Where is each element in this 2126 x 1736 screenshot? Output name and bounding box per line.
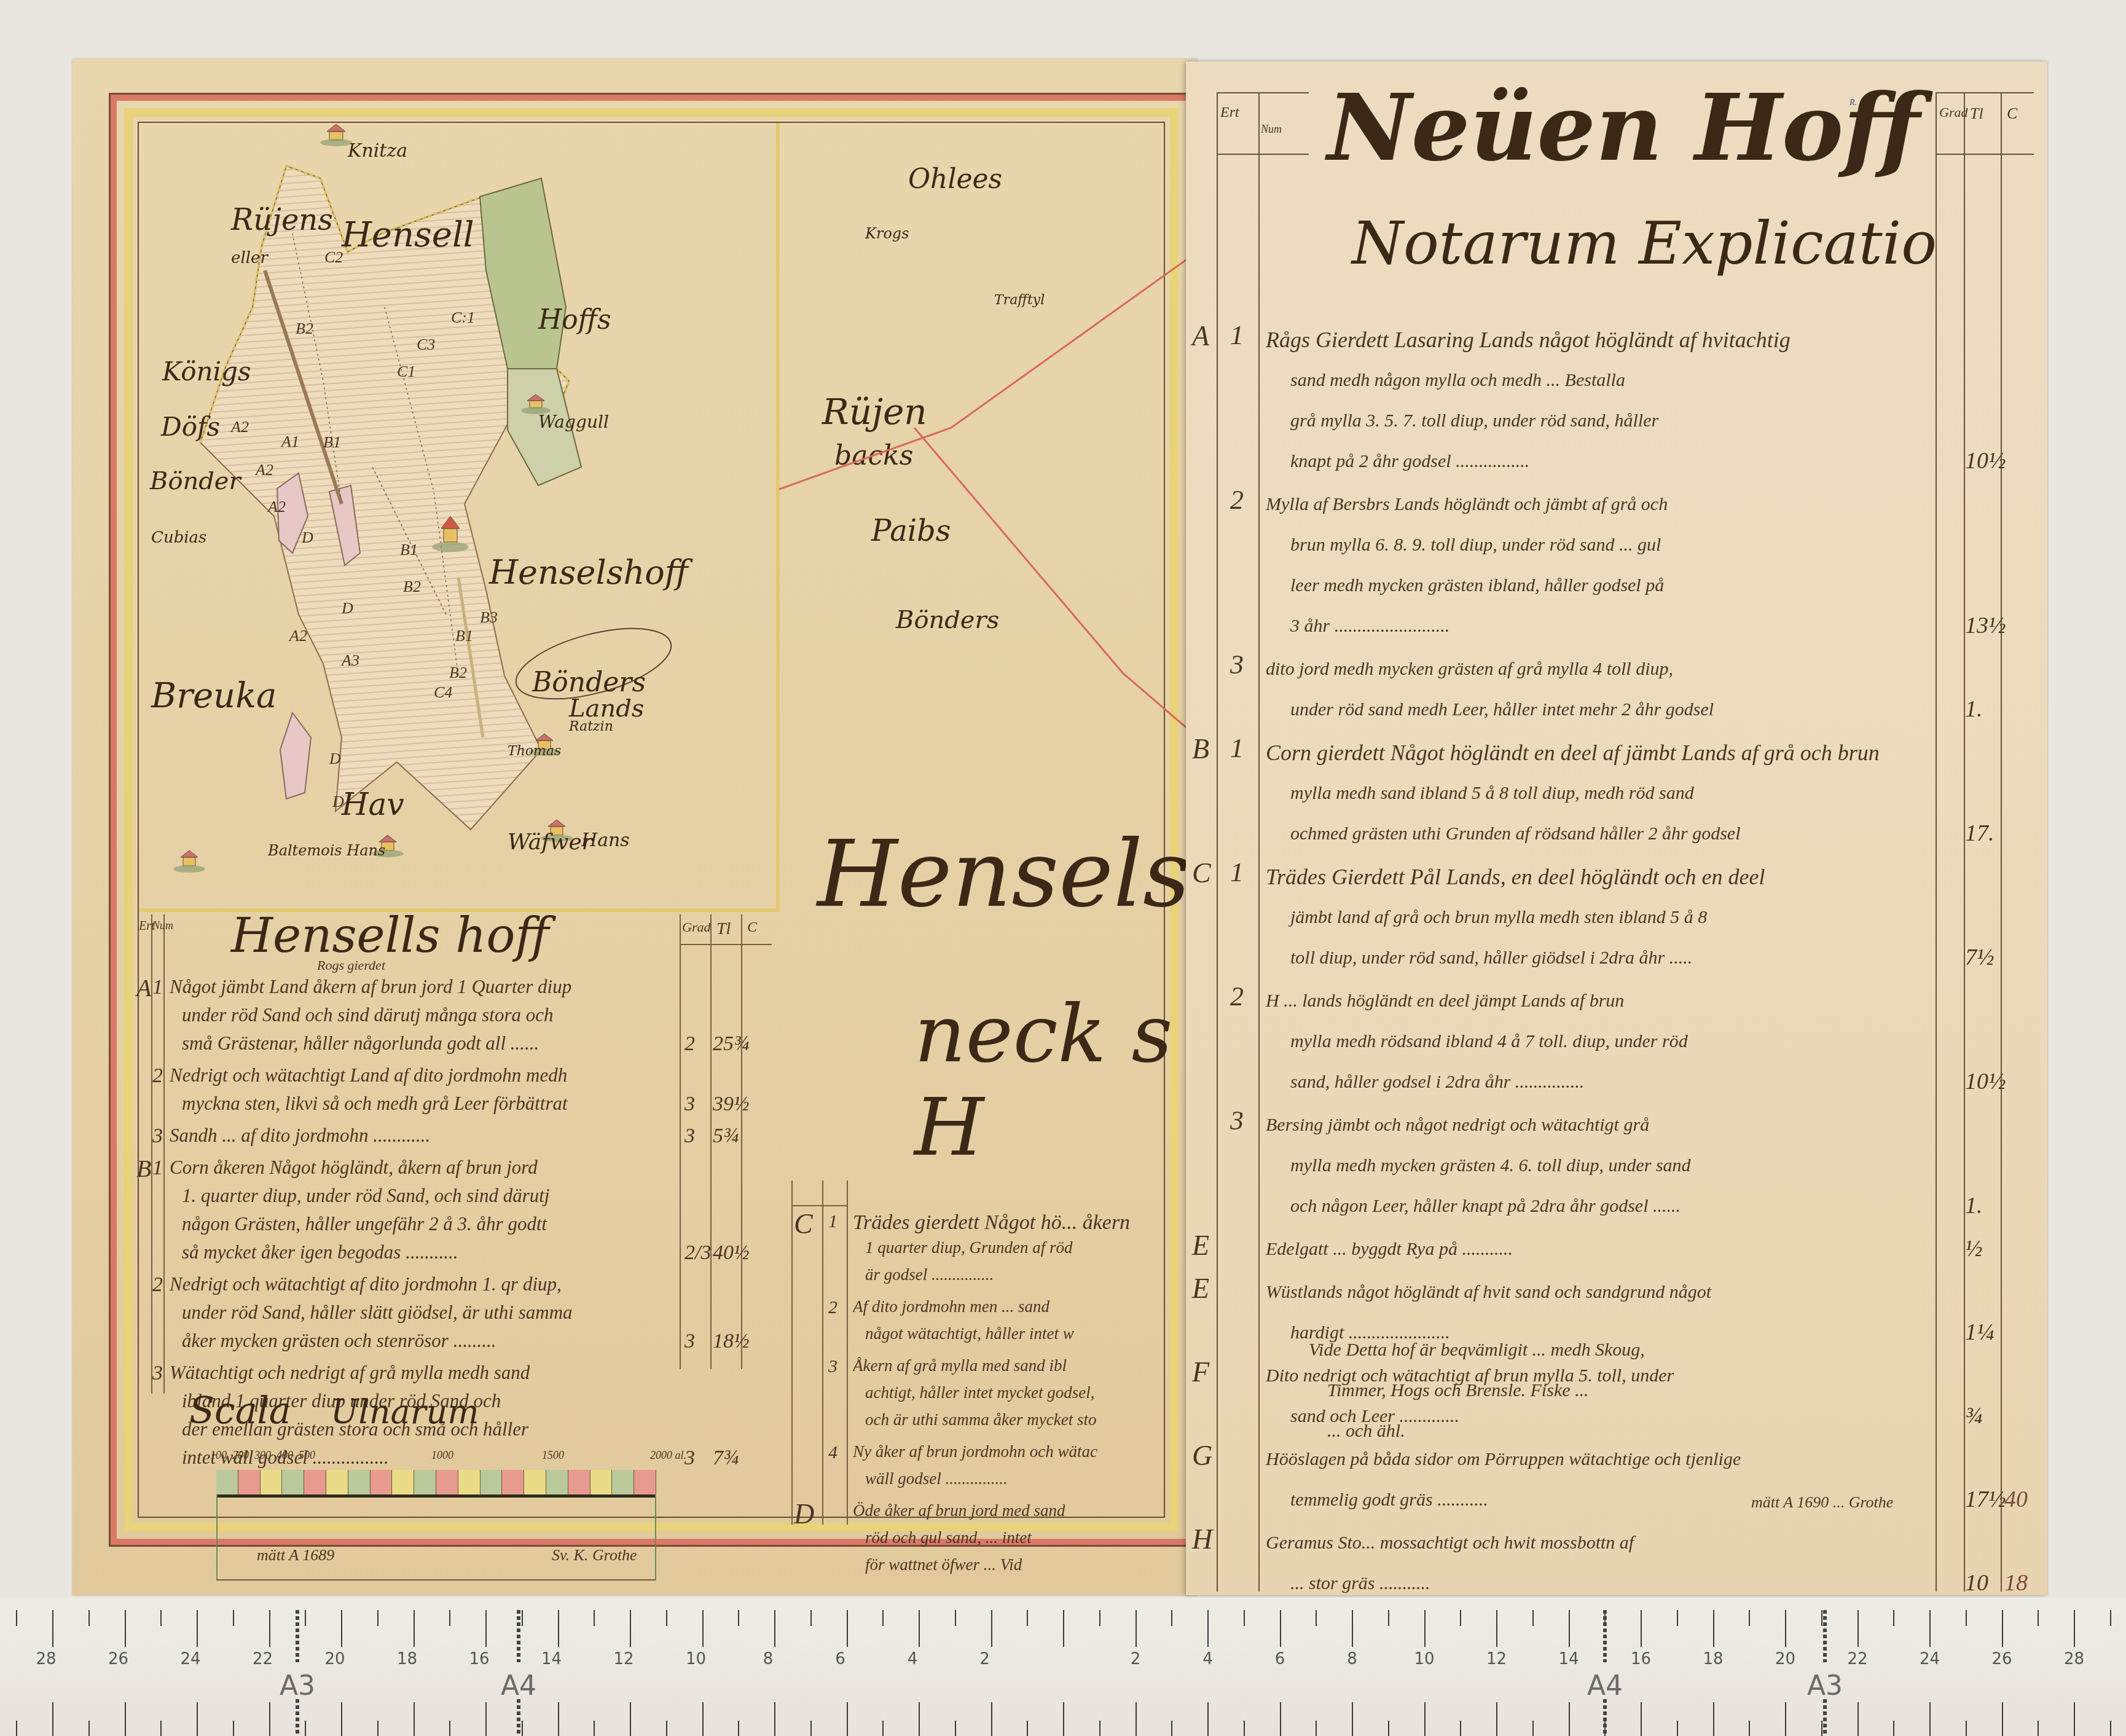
scale-segment xyxy=(392,1470,414,1494)
row-description: Nedrigt och wätachtigt Land af dito jord… xyxy=(170,1064,567,1086)
ruler-label: 14 xyxy=(1558,1650,1579,1668)
ruler-tick xyxy=(125,1610,126,1647)
row-description: röd och gul sand, ... intet xyxy=(865,1528,1032,1547)
entry-number: 2 xyxy=(1230,484,1244,516)
ruler-tick xyxy=(1244,1721,1245,1736)
ruler-tick xyxy=(522,1721,523,1736)
entry-description: under röd sand medh Leer, håller intet m… xyxy=(1290,689,1714,730)
place-label: Waggull xyxy=(538,412,609,432)
note-line: Timmer, Hogs och Brensle. Fiske ... xyxy=(1327,1380,1589,1401)
ruler-tick xyxy=(1532,1610,1534,1626)
entry-description: Rågs Gierdett Lasaring Lands något höglä… xyxy=(1266,320,1791,360)
ruler-label: 20 xyxy=(324,1650,345,1668)
place-label: Krogs xyxy=(865,225,909,242)
field-label: A2 xyxy=(268,498,286,516)
field-label: A2 xyxy=(256,461,273,479)
row-number: 1 xyxy=(828,1211,837,1232)
ruler-tick xyxy=(233,1721,234,1736)
paper-size-label: A3 xyxy=(280,1670,315,1702)
entry-description: Mylla af Bersbrs Lands högländt och jämb… xyxy=(1266,484,1668,525)
col-header-grad: Grad xyxy=(682,919,710,935)
ruler-tick xyxy=(847,1702,848,1736)
ruler-tick xyxy=(414,1610,415,1647)
entry-description: temmelig godt gräs ........... xyxy=(1290,1480,1488,1520)
ruler-tick xyxy=(1280,1702,1281,1736)
ruler-tick xyxy=(52,1702,53,1736)
center-title-2: neck s H xyxy=(914,987,1197,1174)
col-header-c: C xyxy=(2007,104,2017,123)
field-label: B2 xyxy=(403,578,421,596)
row-description: Af dito jordmohn men ... sand xyxy=(853,1297,1049,1316)
place-label: Hoffs xyxy=(538,304,611,336)
ruler-tick xyxy=(666,1610,667,1626)
paper-size-marker xyxy=(296,1610,299,1662)
tunnland-value: 25¾ xyxy=(713,1032,750,1056)
paper-size-label: A4 xyxy=(501,1670,536,1702)
row-description: Trädes gierdett Något hö... åkern xyxy=(853,1211,1130,1235)
entry-description: grå mylla 3. 5. 7. toll diup, under röd … xyxy=(1290,401,1658,441)
ruler-tick xyxy=(1099,1721,1100,1736)
ruler-tick xyxy=(341,1702,342,1736)
row-number: 1 xyxy=(152,1157,163,1180)
row-letter: D xyxy=(794,1498,814,1530)
scale-tick-label: 100 xyxy=(210,1449,227,1462)
scale-box xyxy=(216,1494,656,1581)
scale-segment xyxy=(414,1470,436,1494)
ruler-tick xyxy=(991,1610,992,1647)
row-number: 2 xyxy=(152,1273,163,1297)
row-number: 4 xyxy=(828,1442,837,1463)
entry-number: 1 xyxy=(1230,732,1244,764)
scale-segment xyxy=(590,1470,613,1494)
row-description: myckna sten, likvi så och medh grå Leer … xyxy=(182,1093,568,1115)
col-header-tl: Tl xyxy=(716,919,731,939)
scale-segment xyxy=(612,1470,634,1494)
place-label: Ohlees xyxy=(908,163,1002,195)
entry-value-2: 40 xyxy=(2004,1486,2028,1513)
entry-description: brun mylla 6. 8. 9. toll diup, under röd… xyxy=(1290,525,1661,565)
ruler-tick xyxy=(1821,1721,1822,1736)
place-label: eller xyxy=(231,249,268,267)
ruler-label: 8 xyxy=(1347,1650,1357,1668)
place-label: Bönder xyxy=(150,467,241,495)
paper-size-marker xyxy=(1823,1699,1827,1736)
hensells-hoff-table: Hensells hoff Rogs gierdet Ert Num Grad … xyxy=(139,914,780,1400)
ruler-label: 22 xyxy=(253,1650,273,1668)
entry-number: 2 xyxy=(1230,981,1244,1012)
scale-tick-label: 500 xyxy=(299,1449,315,1462)
ruler-tick xyxy=(16,1610,17,1626)
ruler-tick xyxy=(2038,1610,2039,1626)
place-label: Rüjens xyxy=(231,203,333,237)
row-description: Något jämbt Land åkern af brun jord 1 Qu… xyxy=(170,976,571,998)
ruler-tick xyxy=(377,1610,379,1626)
ruler-tick xyxy=(2110,1721,2111,1736)
ruler-label: 24 xyxy=(180,1650,200,1668)
place-label: Breuka xyxy=(151,676,277,716)
entry-value: 17½ xyxy=(1965,1486,2006,1513)
ruler-tick xyxy=(1857,1610,1859,1647)
entry-value-2: 18 xyxy=(2004,1569,2028,1597)
scale-title: Scala xyxy=(189,1389,291,1432)
entry-description: knapt på 2 åhr godsel ................ xyxy=(1290,441,1529,482)
ruler-tick xyxy=(485,1610,487,1647)
ruler-tick xyxy=(955,1721,956,1736)
scale-subtitle: Ulnarum xyxy=(331,1392,479,1431)
place-label: Hensell xyxy=(342,215,474,255)
ruler-tick xyxy=(269,1610,270,1647)
note-line: ... och ähl. xyxy=(1327,1421,1405,1442)
ruler-tick xyxy=(88,1721,90,1736)
field-label: B3 xyxy=(480,608,498,627)
row-description: för wattnet öfwer ... Vid xyxy=(865,1555,1022,1574)
field-label: B1 xyxy=(323,433,341,452)
ruler-tick xyxy=(847,1610,848,1647)
house-icon xyxy=(173,850,205,873)
field-label: C3 xyxy=(417,336,435,354)
ruler-tick xyxy=(160,1610,162,1626)
ruler-tick xyxy=(882,1721,884,1736)
ruler-tick xyxy=(1027,1721,1028,1736)
ruler-tick xyxy=(1532,1721,1534,1736)
field-label: B1 xyxy=(400,541,418,559)
entry-description: mylla medh rödsand ibland 4 å 7 toll. di… xyxy=(1290,1021,1688,1062)
ruler-label: 26 xyxy=(108,1650,128,1668)
ruler-tick xyxy=(1136,1702,1137,1736)
ruler-tick xyxy=(1569,1610,1570,1647)
entry-description: Corn gierdett Något högländt en deel af … xyxy=(1266,732,1880,773)
measurement-ruler: 2826242220181614121086422468101214161820… xyxy=(0,1598,2126,1736)
ruler-tick xyxy=(1352,1610,1353,1647)
ruler-tick xyxy=(1569,1702,1570,1736)
ruler-tick xyxy=(1316,1610,1317,1626)
paper-size-marker xyxy=(517,1699,520,1736)
scale-tick-label: 2000 al. xyxy=(650,1449,686,1462)
ruler-label: 20 xyxy=(1775,1650,1795,1668)
entry-value: 17. xyxy=(1965,820,1995,847)
scale-tick-label: 400 xyxy=(277,1449,293,1462)
paper-size-label: A3 xyxy=(1807,1670,1843,1702)
entry-description: jämbt land af grå och brun mylla medh st… xyxy=(1290,897,1707,938)
entry-letter: G xyxy=(1192,1439,1212,1472)
scale-tick-label: 1500 xyxy=(542,1449,564,1462)
grade-value: 3 xyxy=(684,1125,695,1148)
ruler-tick xyxy=(2074,1702,2075,1736)
col-header-c: C xyxy=(747,919,757,936)
right-signature: mätt A 1690 ... Grothe xyxy=(1751,1493,1893,1512)
ruler-label: 12 xyxy=(613,1650,633,1668)
row-description: wäll godsel ............... xyxy=(865,1469,1008,1488)
ruler-label: 28 xyxy=(2064,1650,2084,1668)
scale-tick-label: 200 xyxy=(232,1449,249,1462)
paper-size-marker xyxy=(1823,1610,1827,1662)
row-description: åker mycken grästen och stenrösor ......… xyxy=(182,1330,496,1352)
estate-map-panel: RüjensellerKnitzaHensellHoffsKönigsDöfsW… xyxy=(139,123,780,912)
grade-value: 3 xyxy=(684,1330,695,1353)
ruler-tick xyxy=(125,1702,126,1736)
entry-description: Edelgatt ... byggdt Rya på ........... xyxy=(1266,1229,1513,1270)
row-description: någon Grästen, håller ungefähr 2 å 3. åh… xyxy=(182,1213,547,1235)
ruler-tick xyxy=(52,1610,53,1647)
tunnland-value: 7¾ xyxy=(713,1447,739,1470)
scale-bar xyxy=(216,1470,656,1498)
ruler-tick xyxy=(919,1702,920,1736)
ruler-tick xyxy=(702,1610,704,1647)
ruler-label: 22 xyxy=(1847,1650,1867,1668)
ruler-tick xyxy=(88,1610,90,1626)
field-label: A2 xyxy=(289,627,307,645)
row-description: och är uthi samma åker mycket sto xyxy=(865,1410,1096,1429)
entry-value: ½ xyxy=(1965,1235,1983,1262)
entry-value: 1. xyxy=(1965,696,1983,723)
entry-description: sand, håller godsel i 2dra åhr .........… xyxy=(1290,1062,1584,1102)
field-label: C4 xyxy=(434,683,452,702)
ruler-tick xyxy=(2110,1610,2111,1626)
ruler-tick xyxy=(1207,1610,1209,1647)
col-header-tl: Tl xyxy=(1970,104,1983,123)
row-number: 3 xyxy=(152,1125,163,1148)
place-label: Baltemois Hans xyxy=(268,842,385,859)
ruler-tick xyxy=(1424,1610,1426,1647)
ruler-tick xyxy=(197,1610,198,1647)
ruler-tick xyxy=(197,1702,198,1736)
field-label: D xyxy=(329,750,341,768)
row-description: 1. quarter diup, under röd Sand, och sin… xyxy=(182,1185,549,1207)
row-description: Öde åker af brun jord med sand xyxy=(853,1501,1065,1520)
row-description: under röd Sand och sind därutj många sto… xyxy=(182,1004,554,1026)
sheet-title: Neüen Hoff xyxy=(1327,74,1920,182)
row-description: Wätachtigt och nedrigt af grå mylla medh… xyxy=(170,1362,530,1384)
entry-number: 1 xyxy=(1230,320,1244,351)
ruler-label: 24 xyxy=(1920,1650,1940,1668)
entry-letter: C xyxy=(1192,857,1211,889)
scale-segment xyxy=(546,1470,568,1494)
grade-value: 3 xyxy=(684,1093,695,1116)
ruler-tick xyxy=(16,1721,17,1736)
entry-value: 13½ xyxy=(1965,612,2006,639)
scale-segment xyxy=(304,1470,326,1494)
ruler-tick xyxy=(1749,1610,1750,1626)
field-label: B2 xyxy=(449,664,467,682)
note-line: Vide Detta hof är beqvämligit ... medh S… xyxy=(1309,1340,1645,1361)
ruler-tick xyxy=(630,1702,631,1736)
entry-letter: F xyxy=(1192,1356,1209,1388)
ruler-tick xyxy=(774,1702,775,1736)
scale-segment xyxy=(371,1470,393,1494)
entry-letter: E xyxy=(1192,1229,1209,1262)
ruler-tick xyxy=(449,1721,450,1736)
place-label: Knitza xyxy=(348,140,407,162)
row-number: 2 xyxy=(152,1064,163,1088)
right-explanation-sheet: Ert Num Grad Tl C R. ... Neüen Hoff Nota… xyxy=(1186,61,2047,1595)
entry-number: 1 xyxy=(1230,857,1244,888)
ruler-label: 2 xyxy=(1131,1650,1141,1668)
row-description: så mycket åker igen begodas ........... xyxy=(182,1241,458,1263)
ruler-tick xyxy=(2002,1702,2003,1736)
entry-description: mylla medh mycken grästen 4. 6. toll diu… xyxy=(1290,1145,1691,1186)
ruler-label: 18 xyxy=(1703,1650,1723,1668)
ruler-tick xyxy=(1027,1610,1028,1626)
entry-description: leer medh mycken grästen ibland, håller … xyxy=(1290,565,1664,606)
ruler-label: 14 xyxy=(541,1650,562,1668)
ruler-tick xyxy=(1460,1721,1461,1736)
ruler-label: 16 xyxy=(469,1650,489,1668)
scale-segment xyxy=(282,1470,304,1494)
ruler-tick xyxy=(1244,1610,1245,1626)
entry-letter: A xyxy=(1192,320,1209,352)
entry-value: 1¼ xyxy=(1965,1319,1995,1346)
ruler-label: 2 xyxy=(979,1650,990,1668)
col-header-grad: Grad xyxy=(1939,104,1967,120)
row-description: Åkern af grå mylla med sand ibl xyxy=(853,1356,1067,1375)
ruler-tick xyxy=(1749,1721,1750,1736)
ruler-label: 10 xyxy=(1414,1650,1434,1668)
ruler-tick xyxy=(485,1702,487,1736)
row-description: under röd Sand, håller slätt giödsel, är… xyxy=(182,1302,573,1324)
ruler-label: 6 xyxy=(1275,1650,1285,1668)
row-description: 1 quarter diup, Grunden af röd xyxy=(865,1238,1073,1257)
row-number: 2 xyxy=(828,1297,837,1318)
ruler-tick xyxy=(1099,1610,1100,1626)
entry-value: 1. xyxy=(1965,1192,1983,1219)
row-description: små Grästenar, håller någorlunda godt al… xyxy=(182,1032,539,1055)
ruler-tick xyxy=(738,1610,739,1626)
ruler-tick xyxy=(2002,1610,2003,1647)
paper-size-marker xyxy=(296,1699,299,1736)
scale-segment xyxy=(481,1470,503,1494)
ruler-tick xyxy=(1496,1702,1497,1736)
ruler-label: 10 xyxy=(686,1650,706,1668)
scale-segment xyxy=(634,1470,656,1494)
col-header-num: Num xyxy=(1261,123,1282,136)
ruler-tick xyxy=(1496,1610,1497,1647)
place-label: Ratzin xyxy=(569,719,613,734)
table-subtitle: Rogs gierdet xyxy=(317,957,385,973)
row-description: Corn åkeren Något högländt, åkern af bru… xyxy=(170,1157,538,1179)
ruler-tick xyxy=(414,1702,415,1736)
sheet-subtitle: Notarum Explicatio xyxy=(1352,209,1937,278)
ruler-tick xyxy=(1966,1610,1967,1626)
place-label: Cubias xyxy=(151,528,206,547)
entry-description: sand medh någon mylla och medh ... Besta… xyxy=(1290,360,1625,401)
scale-segment xyxy=(238,1470,261,1494)
ruler-label: 16 xyxy=(1631,1650,1651,1668)
ruler-tick xyxy=(1821,1610,1822,1626)
entry-description: Geramus Sto... mossachtigt och hwit moss… xyxy=(1266,1523,1634,1563)
paper-size-marker xyxy=(1603,1610,1607,1662)
paper-size-marker xyxy=(517,1610,520,1662)
left-map-sheet: RüjensellerKnitzaHensellHoffsKönigsDöfsW… xyxy=(73,59,1197,1595)
entry-description: mylla medh sand ibland 5 å 8 toll diup, … xyxy=(1290,773,1694,814)
ruler-tick xyxy=(1352,1702,1353,1736)
field-label: B2 xyxy=(296,320,313,338)
row-description: Ny åker af brun jordmohn och wätac xyxy=(853,1442,1097,1461)
ruler-tick xyxy=(1857,1702,1859,1736)
field-label: D xyxy=(332,793,344,811)
ruler-tick xyxy=(1171,1721,1172,1736)
ruler-label: 8 xyxy=(763,1650,774,1668)
scale-segment xyxy=(326,1470,348,1494)
scale-segment xyxy=(261,1470,283,1494)
ruler-tick xyxy=(991,1702,992,1736)
field-label: A3 xyxy=(342,651,359,670)
entry-value: 7½ xyxy=(1965,944,1995,971)
ruler-tick xyxy=(449,1610,450,1626)
row-description: achtigt, håller intet mycket godsel, xyxy=(865,1383,1094,1402)
ruler-tick xyxy=(1280,1610,1281,1647)
ruler-tick xyxy=(810,1610,812,1626)
ruler-tick xyxy=(1136,1610,1137,1647)
ruler-tick xyxy=(666,1721,667,1736)
row-description: Nedrigt och wätachtigt af dito jordmohn … xyxy=(170,1273,562,1295)
scale-segment xyxy=(524,1470,546,1494)
ruler-label: 26 xyxy=(1991,1650,2012,1668)
ruler-tick xyxy=(702,1702,704,1736)
survey-date: mätt A 1689 xyxy=(257,1546,334,1565)
ruler-tick xyxy=(269,1702,270,1736)
ruler-label: 4 xyxy=(908,1650,918,1668)
ruler-tick xyxy=(1713,1702,1714,1736)
ruler-tick xyxy=(630,1610,631,1647)
row-description: något wätachtigt, håller intet w xyxy=(865,1324,1074,1343)
ruler-tick xyxy=(1785,1610,1786,1647)
ruler-tick xyxy=(738,1721,739,1736)
ruler-tick xyxy=(341,1610,342,1647)
tunnland-value: 40½ xyxy=(713,1241,750,1265)
ruler-tick xyxy=(919,1610,920,1647)
ruler-tick xyxy=(1677,1721,1678,1736)
entry-description: och någon Leer, håller knapt på 2dra åhr… xyxy=(1290,1186,1681,1227)
entry-letter: B xyxy=(1192,732,1209,765)
entry-description: ochmed grästen uthi Grunden af rödsand h… xyxy=(1290,814,1740,854)
paper-size-label: A4 xyxy=(1587,1670,1623,1702)
field-label: D xyxy=(302,528,313,547)
ruler-tick xyxy=(305,1610,306,1626)
ruler-tick xyxy=(1207,1702,1209,1736)
entry-description: 3 åhr ......................... xyxy=(1290,606,1449,646)
paper-size-marker xyxy=(1603,1699,1607,1736)
scale-tick-label: 1000 xyxy=(431,1449,453,1462)
row-letter: A xyxy=(136,973,151,1002)
ruler-tick xyxy=(305,1721,306,1736)
row-number: 3 xyxy=(828,1356,837,1377)
place-label: Thomas xyxy=(508,744,561,759)
place-label: Hav xyxy=(342,787,404,822)
ruler-tick xyxy=(594,1721,595,1736)
place-label: Bönders xyxy=(532,667,646,698)
row-letter: B xyxy=(136,1154,151,1183)
entry-number: 3 xyxy=(1230,649,1244,680)
ruler-tick xyxy=(1460,1610,1461,1626)
grade-value: 2/3 xyxy=(684,1241,711,1265)
row-description: Sandh ... af dito jordmohn ............ xyxy=(170,1125,430,1147)
tunnland-value: 5¾ xyxy=(713,1125,739,1148)
entry-letter: E xyxy=(1192,1272,1209,1305)
scale-segment xyxy=(436,1470,458,1494)
place-label: Königs xyxy=(162,356,251,387)
entry-description: H ... lands högländt en deel jämpt Lands… xyxy=(1266,981,1624,1021)
entry-letter: H xyxy=(1192,1523,1212,1555)
ruler-tick xyxy=(1316,1721,1317,1736)
ruler-tick xyxy=(1713,1610,1714,1647)
scale-tick-label: 300 xyxy=(254,1449,271,1462)
field-label: A2 xyxy=(231,418,249,436)
center-table: C1Trädes gierdett Något hö... åkern1 qua… xyxy=(785,1180,1191,1525)
ruler-tick xyxy=(160,1721,162,1736)
entry-value: ¾ xyxy=(1965,1402,1983,1429)
ruler-tick xyxy=(1966,1721,1967,1736)
ruler-tick xyxy=(1785,1702,1786,1736)
